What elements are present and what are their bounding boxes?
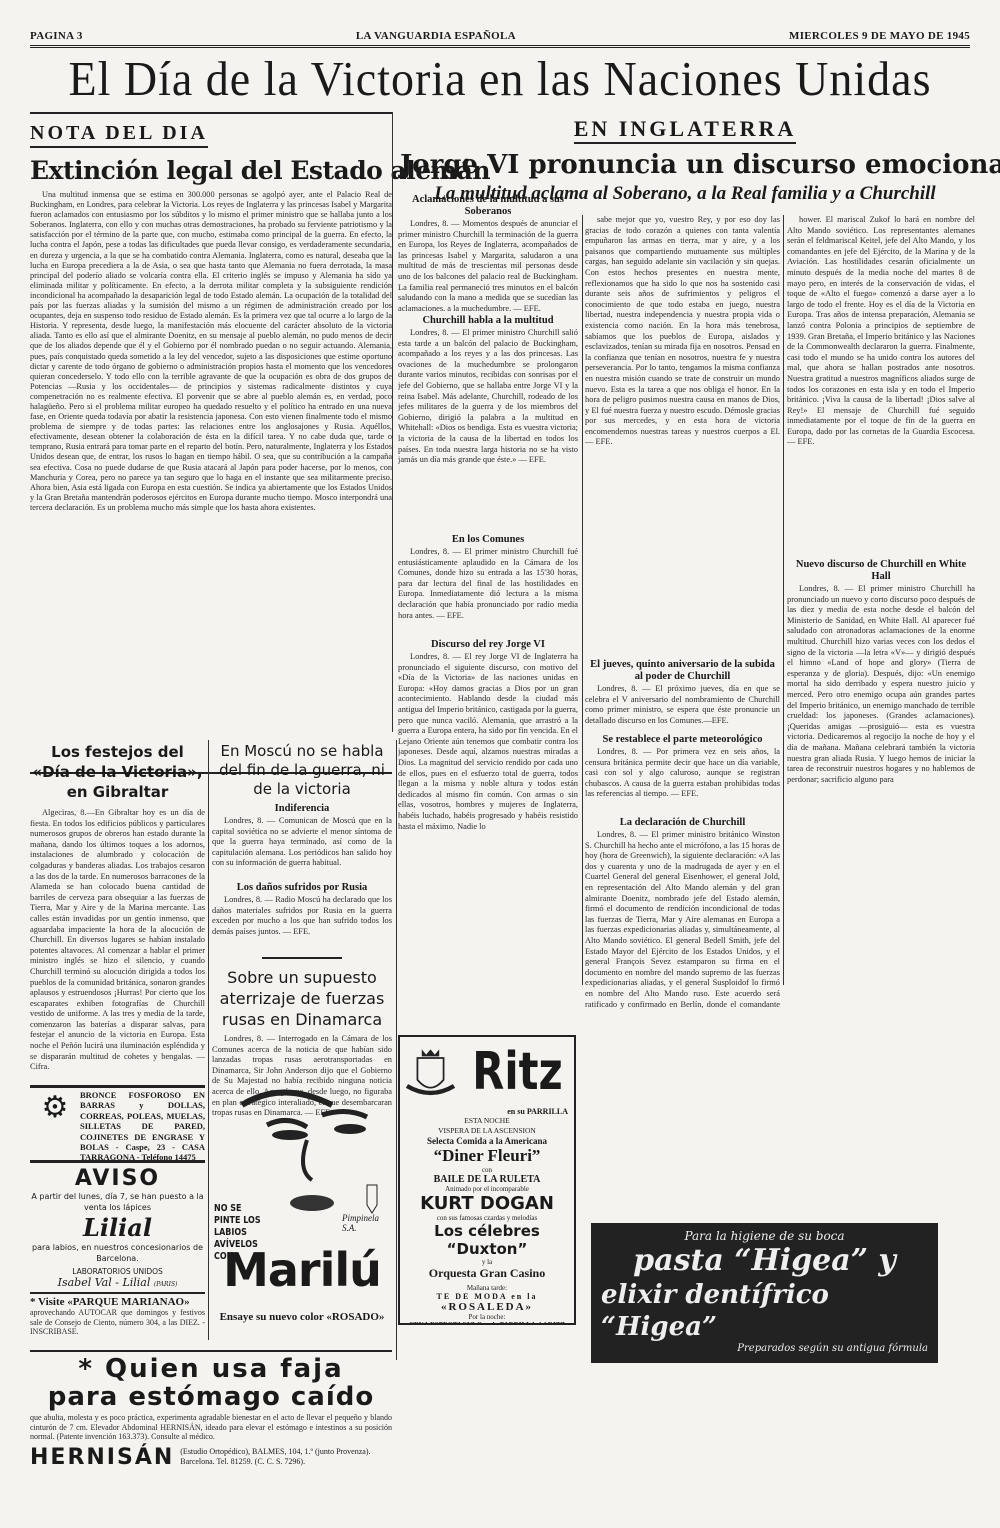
ad-title: para estómago caído — [30, 1383, 392, 1411]
article-headline: Los festejos del «Día de la Victoria», e… — [30, 742, 205, 802]
divider — [30, 1350, 392, 1352]
column-rule — [582, 215, 583, 985]
article-headline: Sobre un supuesto aterrizaje de fuerzas … — [212, 967, 392, 1030]
divider — [30, 1085, 205, 1088]
section-label: NOTA DEL DIA — [30, 120, 208, 148]
ad-text: ESTA NOCHE — [400, 1116, 574, 1126]
ad-text: Los célebres “Duxton” — [400, 1222, 574, 1258]
divider — [30, 1292, 205, 1294]
ad-text: KURT DOGAN — [400, 1193, 574, 1214]
subhead: La declaración de Churchill — [585, 817, 780, 829]
text-block: Londres, 8. — Momentos después de anunci… — [398, 219, 578, 311]
column-rule — [396, 740, 397, 1360]
subhead: Nuevo discurso de Churchill en White Hal… — [787, 559, 975, 583]
ad-text: A partir del lunes, día 7, se han puesto… — [30, 1191, 205, 1213]
text-block: hower. El mariscal Zukof lo hará en nomb… — [787, 215, 975, 555]
nota-del-dia: NOTA DEL DIA Extinción legal del Estado … — [30, 120, 392, 774]
text-block: Londres, 8. — Radio Moscú ha declarado q… — [212, 895, 392, 949]
ad-aviso-lilial: AVISO A partir del lunes, día 7, se han … — [30, 1166, 205, 1289]
city: (PARIS) — [154, 1281, 178, 1288]
brand-logo: Ritz — [472, 1042, 562, 1102]
text-block: Londres, 8. — Comunican de Moscú que en … — [212, 816, 392, 878]
column-rule — [392, 112, 393, 732]
inglaterra-col-1: Aclamaciones de la multitud a sus Sobera… — [398, 190, 578, 982]
ritz-crest-icon — [400, 1038, 461, 1106]
ad-text: pasta “Higea” y — [601, 1243, 928, 1279]
ad-text: Por la noche: — [400, 1313, 574, 1321]
text-block: Londres, 8. — El próximo jueves, día en … — [585, 684, 780, 730]
ad-text: «ROSALEDA» — [400, 1301, 574, 1313]
column-rule — [783, 215, 784, 985]
ad-text: CENA ESPECTACULO en la PARRILLA del RITZ — [400, 1321, 574, 1325]
article-headline: En Moscú no se habla del fin de la guerr… — [212, 742, 392, 799]
ad-marilu: NO SE PINTE LOS LABIOS AVÍVELOS CON Pimp… — [212, 1085, 392, 1330]
ad-text: TE DE MODA en la — [400, 1292, 574, 1301]
article-body: Algeciras, 8.—En Gibraltar hoy es un día… — [30, 808, 205, 1138]
ad-text: Para la higiene de su boca — [601, 1229, 928, 1243]
gibraltar-article: Los festejos del «Día de la Victoria», e… — [30, 742, 205, 1138]
ad-text: VISPERA DE LA ASCENSION — [400, 1126, 574, 1136]
ad-hernisan: * Quien usa faja para estómago caído que… — [30, 1355, 392, 1470]
ad-text: BAILE DE LA RULETA — [400, 1174, 574, 1185]
divider — [262, 957, 342, 959]
text-block: sabe mejor que yo, vuestro Rey, y por es… — [585, 215, 780, 655]
text-block: Londres, 8. — El primer ministro Churchi… — [398, 547, 578, 635]
article-headline: Extinción legal del Estado alemán — [30, 156, 392, 186]
text-block: Londres, 8. — Por primera vez en seis añ… — [585, 747, 780, 813]
ad-text: aprovechando AUTOCAR que domingos y fest… — [30, 1308, 205, 1337]
ad-text: BRONCE FOSFOROSO EN BARRAS y DOLLAS, COR… — [80, 1090, 205, 1152]
ad-parque-marianao: * Visite «PARQUE MARIANAO» aprovechando … — [30, 1296, 205, 1337]
ad-text: Orquesta Gran Casino — [400, 1266, 574, 1281]
moscu-article: En Moscú no se habla del fin de la guerr… — [212, 742, 392, 1130]
text-block: Londres, 8. — El primer ministro Churchi… — [398, 328, 578, 530]
page-folio: PAGINA 3 LA VANGUARDIA ESPAÑOLA MIERCOLE… — [30, 30, 970, 48]
ad-text: “Diner Fleuri” — [400, 1146, 574, 1166]
bearing-icon: ⚙ — [30, 1090, 80, 1152]
subhead: En los Comunes — [398, 534, 578, 546]
ad-text: elixir dentífrico “Higea” — [601, 1279, 928, 1343]
ad-title: AVISO — [30, 1166, 205, 1191]
ad-cta: Ensaye su nuevo color «ROSADO» — [212, 1311, 392, 1323]
subhead: Los daños sufridos por Rusia — [212, 882, 392, 894]
main-headline: El Día de la Victoria en las Naciones Un… — [20, 51, 980, 108]
subhead: Discurso del rey Jorge VI — [398, 639, 578, 651]
maker-logo: Pimpinela S.A. — [342, 1213, 392, 1233]
ad-text: con sus famosas czardas y melodías — [400, 1214, 574, 1222]
subhead: Se restablece el parte meteorológico — [585, 734, 780, 746]
section-label: EN INGLATERRA — [574, 116, 797, 144]
inglaterra-col-3: hower. El mariscal Zukof lo hará en nomb… — [787, 215, 975, 985]
brand-logo: HERNISÁN — [30, 1445, 174, 1470]
page-number: PAGINA 3 — [30, 30, 83, 45]
ad-address: (Estudio Ortopédico), BALMES, 104, 1.º (… — [180, 1447, 392, 1467]
brand-logo: Marilú — [212, 1243, 392, 1297]
ad-ritz: Ritz en su PARRILLA ESTA NOCHE VISPERA D… — [398, 1035, 576, 1325]
column-rule — [208, 740, 209, 1340]
ad-text: en su PARRILLA — [400, 1107, 574, 1116]
ad-title: * Quien usa faja — [30, 1355, 392, 1383]
subhead: Aclamaciones de la multitud a sus Sobera… — [398, 194, 578, 218]
signature: Isabel Val - Lilial — [58, 1276, 151, 1289]
ad-text: con — [400, 1166, 574, 1174]
ad-text: Mañana tarde: — [400, 1284, 574, 1292]
ad-text: Preparados según su antigua fórmula — [601, 1343, 928, 1354]
brand-logo: Lilial — [30, 1213, 205, 1242]
issue-date: MIERCOLES 9 DE MAYO DE 1945 — [789, 30, 970, 45]
ad-text: Animado por el incomparable — [400, 1185, 574, 1193]
article-headline: Jorge VI pronuncia un discurso emocionan… — [400, 148, 970, 182]
text-block: Londres, 8. — El primer ministro Churchi… — [787, 584, 975, 974]
newspaper-name: LA VANGUARDIA ESPAÑOLA — [356, 30, 516, 45]
subhead: El jueves, quinto aniversario de la subi… — [585, 659, 780, 683]
subhead: Indiferencia — [212, 803, 392, 815]
ad-text: que abulta, molesta y es poco práctica, … — [30, 1413, 392, 1442]
text-block: Londres, 8. — El primer ministro británi… — [585, 830, 780, 1010]
ad-text: para labios, en nuestros concesionarios … — [30, 1242, 205, 1264]
ad-bronce: ⚙ BRONCE FOSFOROSO EN BARRAS y DOLLAS, C… — [30, 1090, 205, 1152]
ad-title: * Visite «PARQUE MARIANAO» — [30, 1296, 205, 1308]
divider — [30, 112, 392, 114]
ad-higea: Para la higiene de su boca pasta “Higea”… — [591, 1223, 938, 1363]
company-name: LABORATORIOS UNIDOS — [30, 1267, 205, 1276]
ad-text: Selecta Comida a la Americana — [400, 1136, 574, 1146]
ad-text: y la — [400, 1258, 574, 1266]
inglaterra-col-2: sabe mejor que yo, vuestro Rey, y por es… — [585, 215, 780, 985]
article-body: Una multitud inmensa que se estima en 30… — [30, 190, 392, 768]
divider — [30, 1160, 205, 1163]
text-block: Londres, 8. — El rey Jorge VI de Inglate… — [398, 652, 578, 1004]
subhead: Churchill habla a la multitud — [398, 315, 578, 327]
